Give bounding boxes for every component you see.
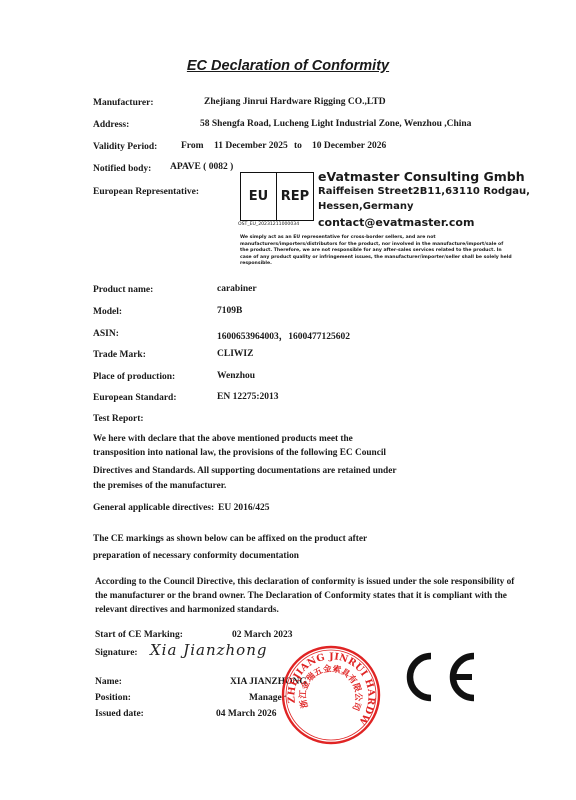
trade-mark-label: Trade Mark: xyxy=(93,350,146,360)
signature-label: Signature: xyxy=(95,648,138,658)
manufacturer-value: Zhejiang Jinrui Hardware Rigging CO.,LTD xyxy=(204,97,386,107)
rep-badge-text: REP xyxy=(277,173,313,220)
name-label: Name: xyxy=(95,677,122,687)
directives-value: EU 2016/425 xyxy=(218,503,269,513)
council-line: relevant directives and harmonized stand… xyxy=(95,603,514,617)
product-name-value: carabiner xyxy=(217,284,257,294)
validity-label: Validity Period: xyxy=(93,142,157,152)
trade-mark-value: CLIWIZ xyxy=(217,349,253,359)
european-rep-label: European Representative: xyxy=(93,187,199,197)
asin-value: 1600653964003，1600477125602 xyxy=(217,328,350,342)
council-line: According to the Council Directive, this… xyxy=(95,575,514,589)
validity-from: 11 December 2025 xyxy=(214,141,288,151)
eu-rep-address-line2: Hessen,Germany xyxy=(318,201,413,212)
declaration-line: transposition into national law, the pro… xyxy=(93,444,396,462)
eu-rep-address-line1: Raiffeisen Street2B11,63110 Rodgau, xyxy=(318,186,530,197)
eu-rep-badge-icon: EU REP xyxy=(240,172,314,221)
european-standard-value: EN 12275:2013 xyxy=(217,392,279,402)
start-ce-label: Start of CE Marking: xyxy=(95,630,183,640)
notified-body-value: APAVE ( 0082 ) xyxy=(170,162,233,172)
eu-rep-email: contact@evatmaster.com xyxy=(318,216,474,229)
signature-handwriting: Xia Jianzhong xyxy=(150,641,267,659)
directives-label: General applicable directives: xyxy=(93,503,214,513)
start-ce-value: 02 March 2023 xyxy=(232,630,293,640)
issued-date-label: Issued date: xyxy=(95,709,144,719)
council-line: the manufacturer or the brand owner. The… xyxy=(95,589,514,603)
european-standard-label: European Standard: xyxy=(93,393,177,403)
test-report-label: Test Report: xyxy=(93,414,144,424)
address-label: Address: xyxy=(93,120,129,130)
ce-note-line: preparation of necessary conformity docu… xyxy=(93,549,367,563)
issued-date-value: 04 March 2026 xyxy=(216,709,277,719)
validity-to: 10 December 2026 xyxy=(312,141,386,151)
product-name-label: Product name: xyxy=(93,285,153,295)
ce-note-line: The CE markings as shown below can be af… xyxy=(93,532,367,546)
eu-badge-text: EU xyxy=(241,173,277,220)
eu-rep-disclaimer: We simply act as an EU representative fo… xyxy=(240,235,512,268)
validity-to-label: to xyxy=(294,141,302,151)
declaration-paragraph: We here with declare that the above ment… xyxy=(93,430,396,495)
eu-rep-company: eVatmaster Consulting Gmbh xyxy=(318,169,525,184)
page-title: EC Declaration of Conformity xyxy=(0,58,576,74)
validity-from-label: From xyxy=(181,141,204,151)
asin-label: ASIN: xyxy=(93,329,119,339)
notified-body-label: Notified body: xyxy=(93,164,151,174)
model-label: Model: xyxy=(93,307,122,317)
ce-mark-icon xyxy=(398,648,478,706)
position-label: Position: xyxy=(95,693,131,703)
council-paragraph: According to the Council Directive, this… xyxy=(95,575,514,617)
address-value: 58 Shengfa Road, Lucheng Light Industria… xyxy=(200,119,471,129)
company-seal-icon: ZHEJIANG JINRUI HARDWARE RIGGING CO.,LTD… xyxy=(281,645,381,745)
manufacturer-label: Manufacturer: xyxy=(93,98,154,108)
eu-rep-code: OST_EU_20231211000034 xyxy=(238,222,299,227)
place-of-production-label: Place of production: xyxy=(93,372,175,382)
place-of-production-value: Wenzhou xyxy=(217,371,255,381)
model-value: 7109B xyxy=(217,306,242,316)
ce-note-paragraph: The CE markings as shown below can be af… xyxy=(93,532,367,563)
